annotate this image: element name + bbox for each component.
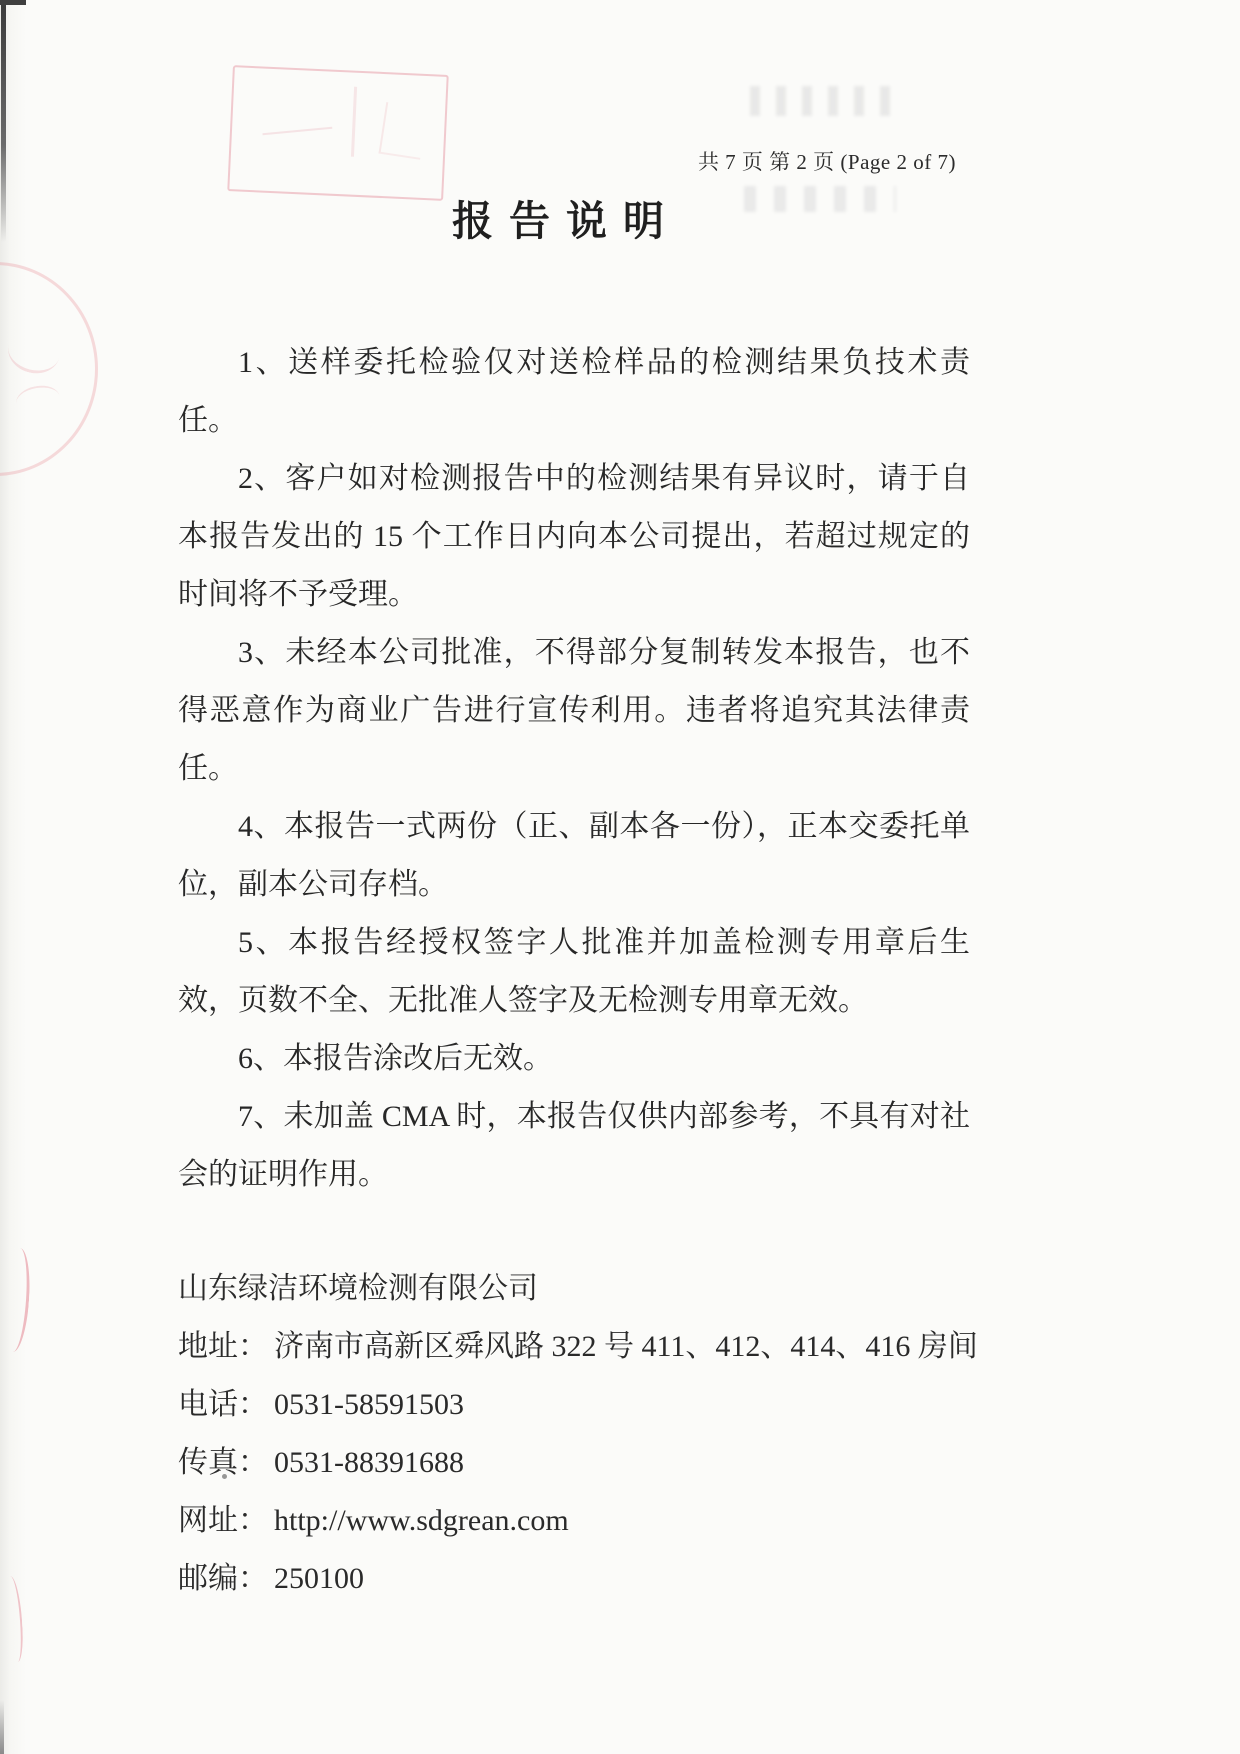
notice-item-1: 1、送样委托检验仅对送检样品的检测结果负技术责任。 (178, 334, 970, 450)
phone-label: 电话： (178, 1388, 268, 1421)
website-value: http://www.sdgrean.com (274, 1504, 569, 1537)
company-name: 山东绿洁环境检测有限公司 (178, 1260, 998, 1318)
notice-item-6: 6、本报告涂改后无效。 (178, 1030, 970, 1088)
notice-item-2: 2、客户如对检测报告中的检测结果有异议时，请于自本报告发出的 15 个工作日内向… (178, 450, 970, 624)
company-info: 山东绿洁环境检测有限公司 地址：济南市高新区舜风路 322 号 411、412、… (178, 1260, 998, 1608)
notice-item-3: 3、未经本公司批准，不得部分复制转发本报告，也不得恶意作为商业广告进行宣传利用。… (178, 624, 970, 798)
company-zipcode-line: 邮编：250100 (178, 1550, 998, 1608)
notice-item-7: 7、未加盖 CMA 时，本报告仅供内部参考，不具有对社会的证明作用。 (178, 1088, 970, 1204)
stamp-smudge (259, 93, 332, 135)
report-page: 共 7 页 第 2 页 (Page 2 of 7) 报告说明 1、送样委托检验仅… (0, 0, 1240, 1754)
red-ink-mark (4, 1576, 24, 1663)
zipcode-value: 250100 (274, 1562, 364, 1595)
red-ink-mark (0, 1247, 32, 1352)
notice-item-5: 5、本报告经授权签字人批准并加盖检测专用章后生效，页数不全、无批准人签字及无检测… (178, 914, 970, 1030)
notice-body: 1、送样委托检验仅对送检样品的检测结果负技术责任。 2、客户如对检测报告中的检测… (178, 334, 970, 1204)
red-rect-stamp (227, 65, 448, 201)
zipcode-label: 邮编： (178, 1562, 268, 1595)
company-fax-line: 传真：0531-88391688 (178, 1434, 998, 1492)
page-title: 报告说明 (0, 188, 1132, 247)
phone-value: 0531-58591503 (274, 1388, 464, 1421)
bleed-through-mark (750, 86, 898, 116)
company-website-line: 网址：http://www.sdgrean.com (178, 1492, 998, 1550)
stamp-smudge (351, 87, 357, 157)
fax-value: 0531-88391688 (274, 1446, 464, 1479)
address-label: 地址： (178, 1330, 268, 1363)
stamp-smudge (379, 102, 428, 160)
scan-edge-bottom (0, 1700, 4, 1754)
page-number: 共 7 页 第 2 页 (Page 2 of 7) (698, 146, 956, 176)
notice-item-4: 4、本报告一式两份（正、副本各一份），正本交委托单位，副本公司存档。 (178, 798, 970, 914)
company-phone-line: 电话：0531-58591503 (178, 1376, 998, 1434)
address-value: 济南市高新区舜风路 322 号 411、412、414、416 房间 (274, 1330, 978, 1363)
fax-label: 传真： (178, 1446, 268, 1479)
scan-edge-top (0, 0, 26, 5)
website-label: 网址： (178, 1504, 268, 1537)
company-address-line: 地址：济南市高新区舜风路 322 号 411、412、414、416 房间 (178, 1318, 998, 1376)
